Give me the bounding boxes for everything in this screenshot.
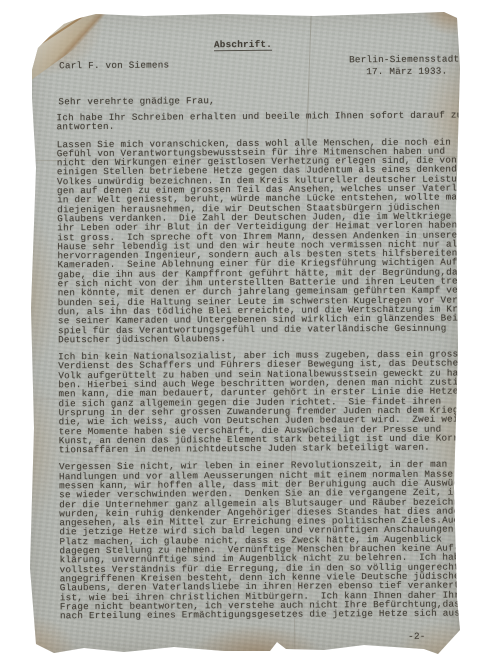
red-edge-mark xyxy=(26,574,30,581)
document-heading: Abschrift. xyxy=(214,40,272,52)
page-number: -2- xyxy=(408,632,425,641)
text-line: tionsaffären in denen nichtdeutsche Jude… xyxy=(59,443,469,455)
text-line: nach Erteilung eines Ermächtigungsgesetz… xyxy=(60,609,470,621)
date-line: 17. März 1933. xyxy=(366,67,447,77)
paragraph: Lassen Sie mich voranschicken, dass wohl… xyxy=(57,137,468,344)
letter-content: Abschrift. Carl F. von Siemens Berlin-Si… xyxy=(22,6,465,657)
paragraph: Vergessen Sie nicht, wir leben in einer … xyxy=(59,460,470,621)
paragraph: Ich bin kein Nationalsozialist, aber ich… xyxy=(58,350,469,455)
letter-body: Ich habe Ihr Schreiben erhalten und beei… xyxy=(56,110,470,628)
paragraph: Ich habe Ihr Schreiben erhalten und beei… xyxy=(56,110,466,131)
scanned-letter: Abschrift. Carl F. von Siemens Berlin-Si… xyxy=(0,0,493,664)
letter-page: Abschrift. Carl F. von Siemens Berlin-Si… xyxy=(24,8,462,656)
salutation: Sehr verehrte gnädige Frau, xyxy=(58,96,215,106)
text-line: Ich habe Ihr Schreiben erhalten und beei… xyxy=(56,110,466,122)
place-line: Berlin-Siemensstadt xyxy=(349,54,459,64)
sender-name: Carl F. von Siemens xyxy=(59,61,169,71)
